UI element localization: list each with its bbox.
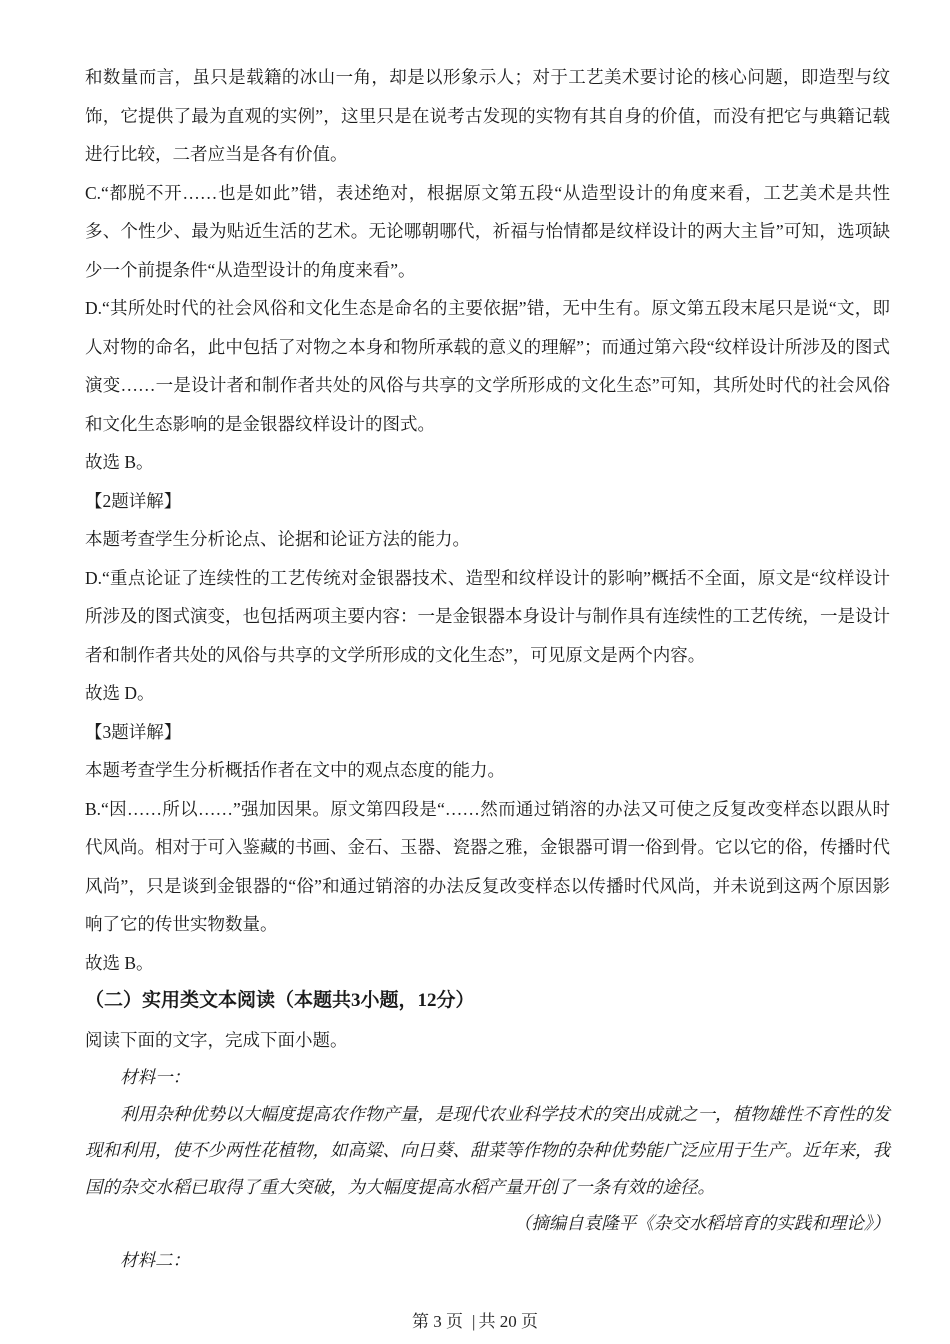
q3-answer-line: 故选 B。	[85, 944, 890, 983]
page-footer: 第 3 页|共 20 页	[0, 1310, 950, 1334]
document-page: 和数量而言，虽只是载籍的冰山一角，却是以形象示人；对于工艺美术要讨论的核心问题，…	[0, 0, 950, 1344]
q2-option-d-analysis: D.“重点论证了连续性的工艺传统对金银器技术、造型和纹样设计的影响”概括不全面，…	[85, 559, 890, 675]
page-content: 和数量而言，虽只是载籍的冰山一角，却是以形象示人；对于工艺美术要讨论的核心问题，…	[85, 58, 890, 1278]
q2-explanation-label: 【2题详解】	[85, 482, 890, 521]
q2-answer-line: 故选 D。	[85, 674, 890, 713]
material-1-text: 利用杂种优势以大幅度提高农作物产量，是现代农业科学技术的突出成就之一，植物雄性不…	[85, 1096, 890, 1206]
continuation-paragraph: 和数量而言，虽只是载籍的冰山一角，却是以形象示人；对于工艺美术要讨论的核心问题，…	[85, 58, 890, 174]
q1-option-c-analysis: C.“都脱不开……也是如此”错，表述绝对，根据原文第五段“从造型设计的角度来看，…	[85, 174, 890, 290]
q3-explanation-label: 【3题详解】	[85, 713, 890, 752]
material-1-source: （摘编自袁隆平《杂交水稻培育的实践和理论》）	[85, 1205, 890, 1242]
q3-skill-statement: 本题考查学生分析概括作者在文中的观点态度的能力。	[85, 751, 890, 790]
material-2-label: 材料二：	[85, 1242, 890, 1279]
footer-separator: |	[472, 1310, 475, 1334]
material-1-label: 材料一：	[85, 1059, 890, 1096]
q2-skill-statement: 本题考查学生分析论点、论据和论证方法的能力。	[85, 520, 890, 559]
reading-instruction: 阅读下面的文字，完成下面小题。	[85, 1021, 890, 1060]
page-number: 第 3 页	[412, 1312, 463, 1331]
page-total: 共 20 页	[478, 1312, 538, 1331]
section-heading: （二）实用类文本阅读（本题共3小题，12分）	[85, 982, 890, 1021]
q1-option-d-analysis: D.“其所处时代的社会风俗和文化生态是命名的主要依据”错，无中生有。原文第五段末…	[85, 289, 890, 443]
q3-option-b-analysis: B.“因……所以……”强加因果。原文第四段是“……然而通过销溶的办法又可使之反复…	[85, 790, 890, 944]
q1-answer-line: 故选 B。	[85, 443, 890, 482]
